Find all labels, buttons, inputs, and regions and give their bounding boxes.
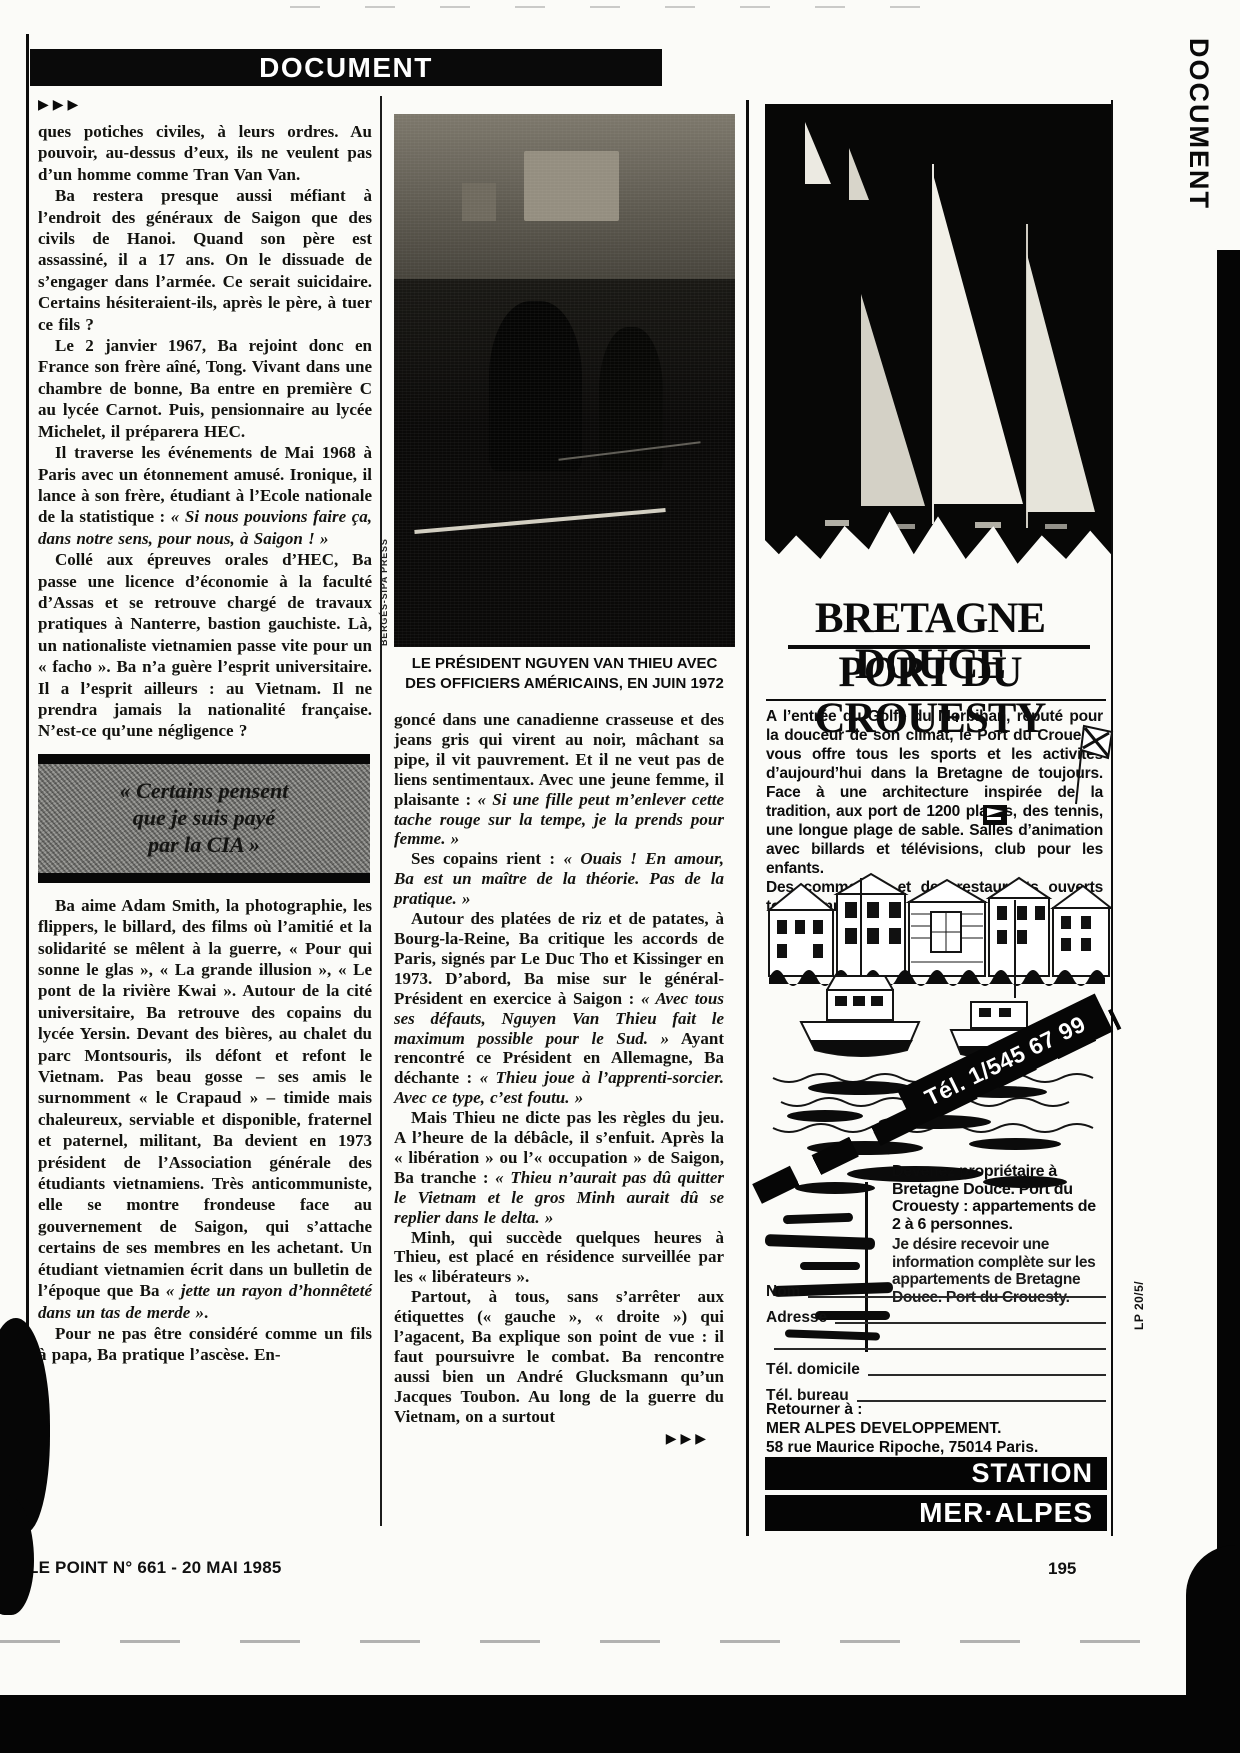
photo-caption-line: DES OFFICIERS AMÉRICAINS, EN JUIN 1972 xyxy=(394,674,735,694)
ad-intro-paragraph: A l’entrée du Golfe du Morbihan, réputé … xyxy=(766,707,1103,878)
article-text-block: ques potiches civiles, à leurs ordres. A… xyxy=(38,121,372,742)
section-header-bar: DOCUMENT xyxy=(30,49,662,86)
scan-artifact-bottom-bar xyxy=(0,1695,1240,1753)
pennant-flag-icon xyxy=(982,804,1008,826)
coupon-form: NomAdresseTél. domicileTél. bureau xyxy=(766,1278,1106,1408)
form-write-line xyxy=(868,1374,1106,1376)
side-section-label: DOCUMENT xyxy=(1183,38,1214,198)
harbor-flag-icon xyxy=(1068,718,1116,806)
section-header-label: DOCUMENT xyxy=(30,49,662,86)
paragraph: Autour des platées de riz et de patates,… xyxy=(394,909,724,1108)
sailboats-illustration xyxy=(765,104,1111,578)
ad-title-rule xyxy=(766,699,1106,701)
paragraph: Ba aime Adam Smith, la photographie, les… xyxy=(38,895,372,1323)
coupon-form-row xyxy=(766,1330,1106,1353)
continuation-marker-out: ▶▶▶ xyxy=(394,1431,724,1447)
paragraph: Pour ne pas être considéré comme un fils… xyxy=(38,1323,372,1366)
article-text-block: Ba aime Adam Smith, la photographie, les… xyxy=(38,895,372,1366)
water-reflection xyxy=(800,1262,860,1270)
issue-footer: LE POINT N° 661 - 20 MAI 1985 xyxy=(28,1558,282,1578)
text-line: 58 rue Maurice Ripoche, 75014 Paris. xyxy=(766,1438,1106,1457)
paragraph: Le 2 janvier 1967, Ba rejoint donc en Fr… xyxy=(38,335,372,442)
form-write-line xyxy=(835,1322,1106,1324)
coupon-form-row: Tél. domicile xyxy=(766,1356,1106,1379)
photo-caption-line: LE PRÉSIDENT NGUYEN VAN THIEU AVEC xyxy=(394,654,735,674)
paragraph: Collé aux épreuves orales d’HEC, Ba pass… xyxy=(38,549,372,742)
article-photo xyxy=(394,114,735,647)
paragraph: Ses copains rient : « Ouais ! En amour, … xyxy=(394,849,724,909)
page-number: 195 xyxy=(1048,1559,1076,1579)
brand-bar-mer-alpes: MER·ALPES xyxy=(765,1495,1107,1531)
photo-caption: LE PRÉSIDENT NGUYEN VAN THIEU AVEC DES O… xyxy=(394,654,735,694)
paragraph: Partout, à tous, sans s’arrêter aux étiq… xyxy=(394,1287,724,1426)
scan-artifact-top xyxy=(290,6,950,8)
paragraph: Ba restera presque aussi méfiant à l’end… xyxy=(38,185,372,335)
form-field-label: Nom xyxy=(766,1283,800,1301)
scan-artifact-right-strip xyxy=(1217,250,1240,1753)
coupon-headline: Devenez propriétaire à Bretagne Douce. P… xyxy=(892,1163,1104,1233)
paragraph: Mais Thieu ne dicte pas les règles du je… xyxy=(394,1108,724,1227)
return-address-block: Retourner à :MER ALPES DEVELOPPEMENT.58 … xyxy=(766,1400,1106,1457)
ad-sailboats-photo xyxy=(765,104,1111,578)
magazine-page: DOCUMENT DOCUMENT ▶▶▶ ques potiches civi… xyxy=(0,0,1240,1753)
text-line: par la CIA » xyxy=(42,831,366,858)
paragraph: Minh, qui succède quelques heures à Thie… xyxy=(394,1228,724,1288)
form-write-line xyxy=(774,1348,1106,1350)
form-field-label: Tél. domicile xyxy=(766,1361,860,1379)
photo-credit: BERGÉS-SIPA PRESS xyxy=(379,538,389,646)
water-reflection xyxy=(783,1213,853,1224)
paragraph: Il traverse les événements de Mai 1968 à… xyxy=(38,442,372,549)
pull-quote-box: « Certains pensentque je suis payépar la… xyxy=(38,754,370,883)
ad-reference-code: LP 20/5/ xyxy=(1132,1281,1146,1330)
coupon-form-row: Nom xyxy=(766,1278,1106,1301)
text-line: MER ALPES DEVELOPPEMENT. xyxy=(766,1419,1106,1438)
continuation-marker-in: ▶▶▶ xyxy=(38,97,372,113)
photo-grain-overlay xyxy=(394,114,735,647)
ad-left-border xyxy=(746,100,749,1536)
form-field-label: Adresse xyxy=(766,1309,827,1327)
scan-artifact-line xyxy=(0,1640,1190,1643)
paragraph: goncé dans une canadienne crasseuse et d… xyxy=(394,710,724,849)
paragraph: ques potiches civiles, à leurs ordres. A… xyxy=(38,121,372,185)
water-reflection xyxy=(765,1234,875,1250)
text-line: Retourner à : xyxy=(766,1400,1106,1419)
text-line: que je suis payé xyxy=(42,804,366,831)
article-column-1: ▶▶▶ ques potiches civiles, à leurs ordre… xyxy=(38,97,372,1366)
coupon-form-row: Adresse xyxy=(766,1304,1106,1327)
form-write-line xyxy=(808,1296,1106,1298)
article-column-2: goncé dans une canadienne crasseuse et d… xyxy=(394,710,724,1447)
text-line: « Certains pensent xyxy=(42,777,366,804)
column-divider xyxy=(380,96,382,1526)
brand-bar-station: STATION xyxy=(765,1457,1107,1490)
ad-right-border xyxy=(1111,100,1113,1536)
article-text-block: goncé dans une canadienne crasseuse et d… xyxy=(394,710,724,1427)
left-margin-rule xyxy=(26,34,29,1330)
